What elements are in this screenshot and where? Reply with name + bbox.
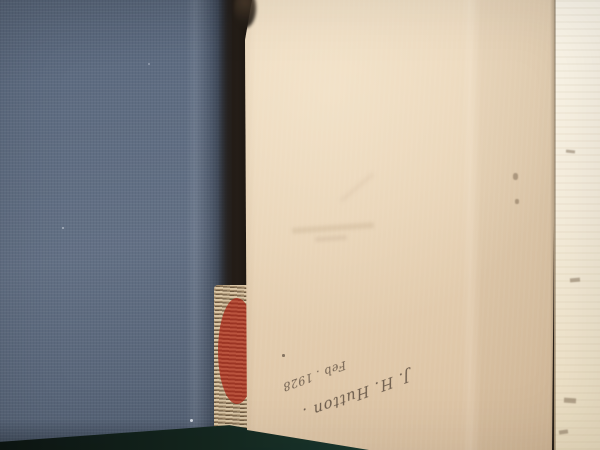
dust-speck [148, 63, 150, 65]
page-block-deckle-edges [214, 285, 248, 446]
dust-speck [190, 419, 193, 422]
ink-dot [282, 354, 285, 357]
book-photo: J. H. Hutton . Feb . 1928 [0, 0, 600, 450]
dust-speck [62, 227, 64, 229]
facing-page-fore-edge [554, 0, 600, 450]
book-cover [0, 0, 232, 450]
cover-spine-edge [0, 0, 232, 450]
page-edge-shadow [550, 0, 556, 450]
